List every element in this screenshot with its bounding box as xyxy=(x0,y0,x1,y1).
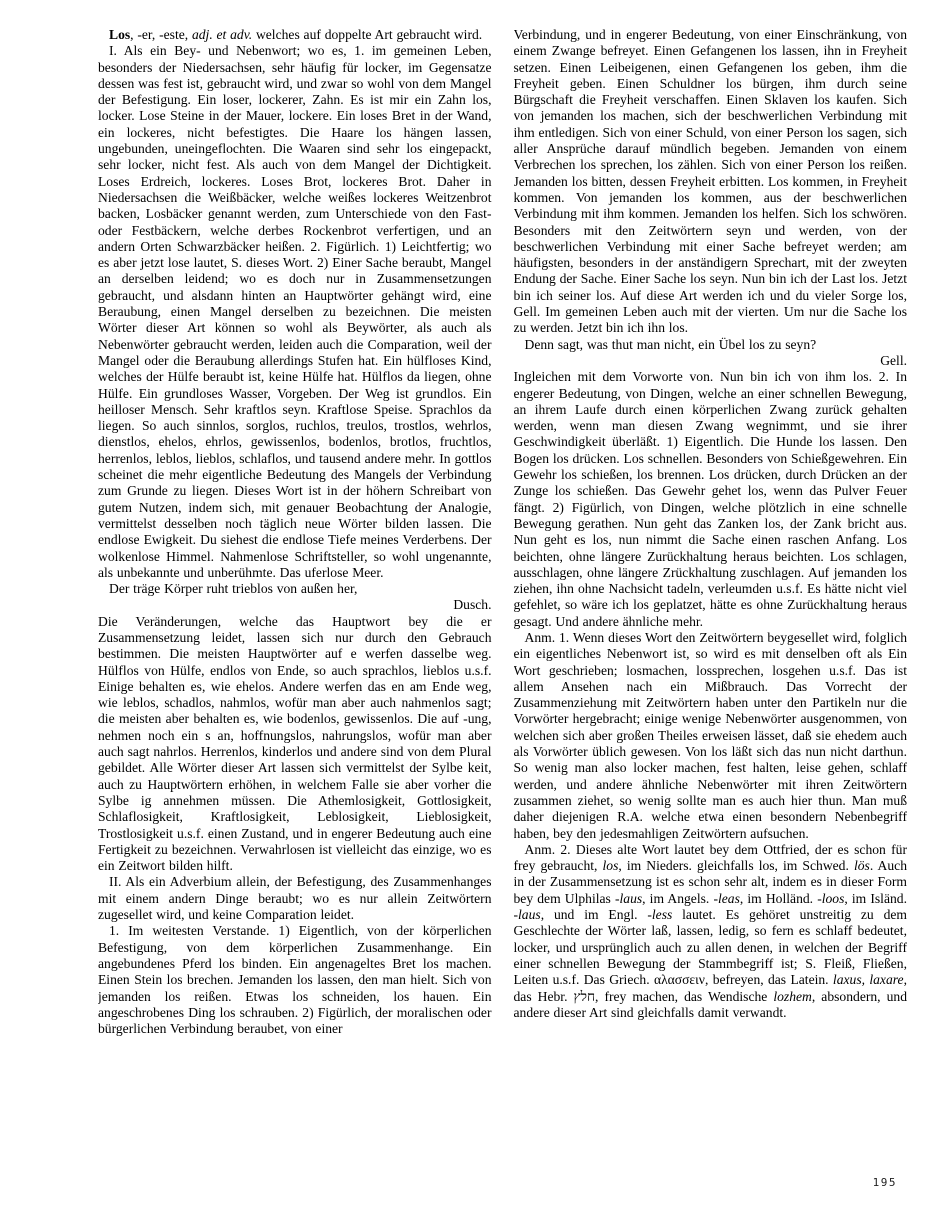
text-run: Verbindung, und in engerer Bedeutung, vo… xyxy=(514,27,908,335)
text-run: lozhem xyxy=(773,989,812,1004)
text-run: 1. Im weitesten Verstande. 1) Eigentlich… xyxy=(98,923,492,1036)
text-run: lös xyxy=(854,858,870,873)
text-run: -laus xyxy=(514,907,541,922)
paragraph: Ingleichen mit dem Vorworte von. Nun bin… xyxy=(514,369,908,630)
text-run: -leas xyxy=(713,891,739,906)
attribution: Dusch. xyxy=(98,597,492,613)
text-run: Der träge Körper ruht trieblos von außen… xyxy=(109,581,357,596)
dictionary-page: Los, -er, -este, adj. et adv. welches au… xyxy=(0,0,935,1210)
paragraph: Los, -er, -este, adj. et adv. welches au… xyxy=(98,27,492,43)
paragraph: Anm. 2. Dieses alte Wort lautet bey dem … xyxy=(514,842,908,1021)
left-column: Los, -er, -este, adj. et adv. welches au… xyxy=(98,27,492,1177)
text-run: , im Holländ. xyxy=(740,891,817,906)
text-run: , im Isländ. xyxy=(844,891,907,906)
right-column: Verbindung, und in engerer Bedeutung, vo… xyxy=(514,27,908,1177)
text-run: -laus xyxy=(615,891,642,906)
text-run: Denn sagt, was thut man nicht, ein Übel … xyxy=(525,337,817,352)
page-number: 195 xyxy=(873,1176,897,1189)
paragraph: Die Veränderungen, welche das Hauptwort … xyxy=(98,614,492,875)
text-run: II. Als ein Adverbium allein, der Befest… xyxy=(98,874,492,922)
text-run: Dusch. xyxy=(453,597,491,612)
text-run: Los xyxy=(109,27,130,42)
text-run: los xyxy=(603,858,619,873)
text-run: welches auf doppelte Art gebraucht wird. xyxy=(252,27,482,42)
paragraph: 1. Im weitesten Verstande. 1) Eigentlich… xyxy=(98,923,492,1037)
text-run: -loos xyxy=(817,891,844,906)
text-run: -less xyxy=(647,907,672,922)
paragraph: II. Als ein Adverbium allein, der Befest… xyxy=(98,874,492,923)
verse-line: Denn sagt, was thut man nicht, ein Übel … xyxy=(514,337,908,353)
text-run: adj. et adv. xyxy=(192,27,252,42)
paragraph: Verbindung, und in engerer Bedeutung, vo… xyxy=(514,27,908,337)
text-run: Anm. 1. Wenn dieses Wort den Zeitwörtern… xyxy=(514,630,908,841)
paragraph: I. Als ein Bey- und Nebenwort; wo es, 1.… xyxy=(98,43,492,581)
text-run: I. Als ein Bey- und Nebenwort; wo es, 1.… xyxy=(98,43,492,580)
text-run: , und im Engl. xyxy=(541,907,648,922)
verse-line: Der träge Körper ruht trieblos von außen… xyxy=(98,581,492,597)
text-run: laxus, laxare xyxy=(833,972,904,987)
text-run: Gell. xyxy=(880,353,907,368)
text-run: , im Nieders. gleichfalls los, im Schwed… xyxy=(618,858,854,873)
text-columns: Los, -er, -este, adj. et adv. welches au… xyxy=(98,27,907,1177)
text-run: Die Veränderungen, welche das Hauptwort … xyxy=(98,614,492,873)
text-run: , -er, -este, xyxy=(130,27,192,42)
attribution: Gell. xyxy=(514,353,908,369)
text-run: Ingleichen mit dem Vorworte von. Nun bin… xyxy=(514,369,908,628)
text-run: , im Angels. xyxy=(642,891,713,906)
paragraph: Anm. 1. Wenn dieses Wort den Zeitwörtern… xyxy=(514,630,908,842)
